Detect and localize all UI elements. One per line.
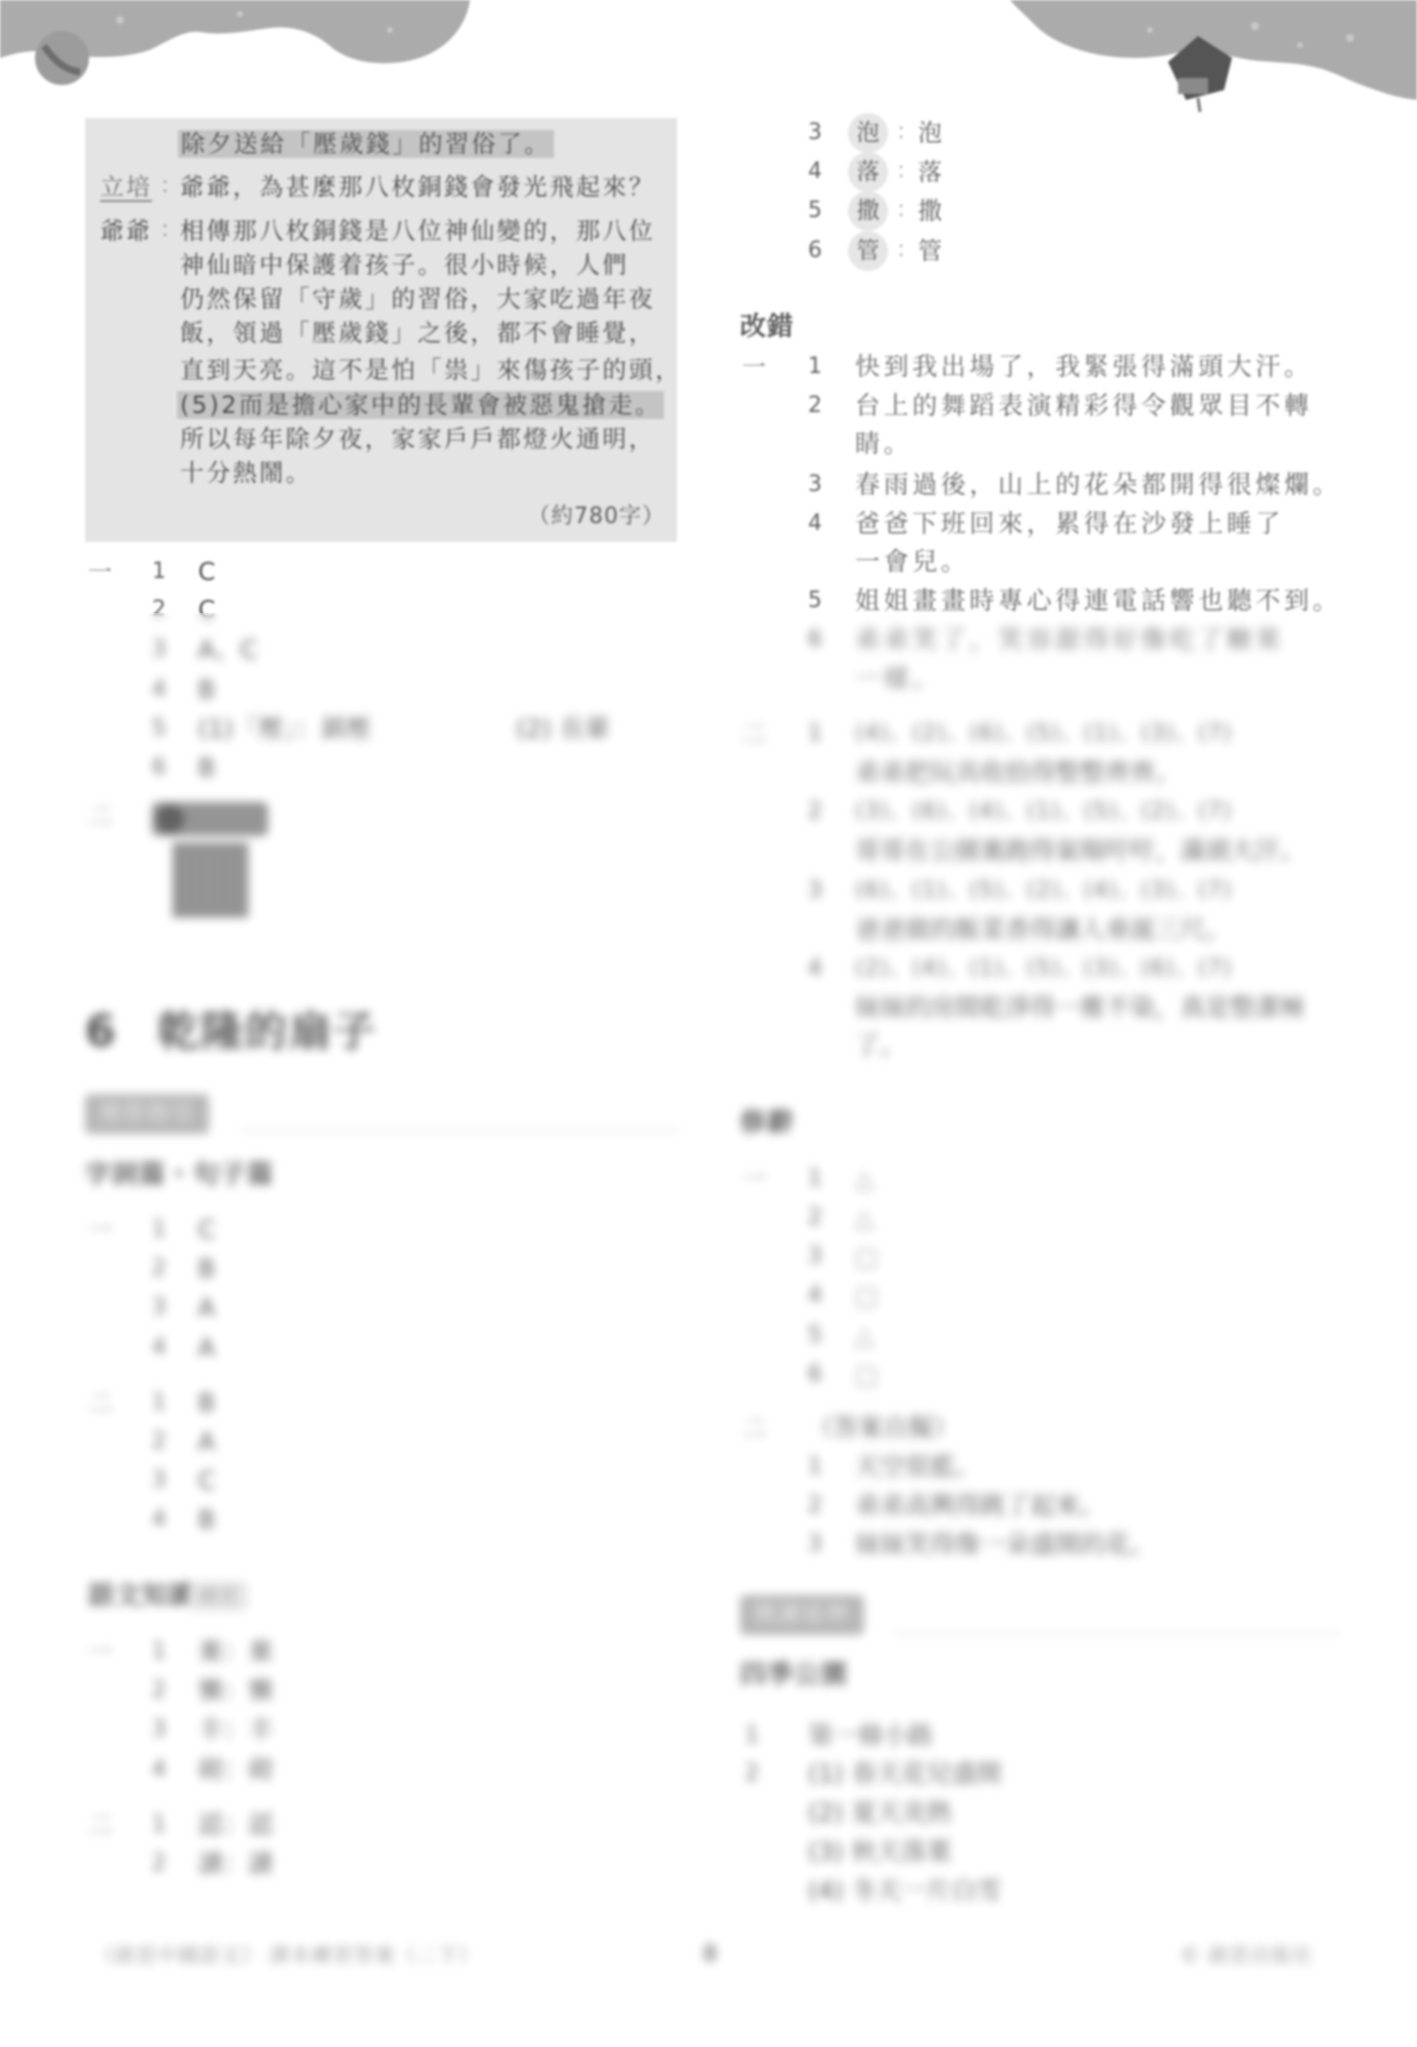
sentence-line: 台上的舞蹈表演精彩得令觀眾目不轉 <box>855 389 1313 423</box>
question-number: 4 <box>808 155 822 189</box>
answer-character: 落 <box>918 155 942 189</box>
passage-line: 飯，領過「壓歲錢」之後，都不會睡覺， <box>180 316 655 350</box>
answer-row: 4 落 ： 落 <box>0 155 1417 189</box>
ball-icon <box>35 31 89 85</box>
sentence-line: 快到我出場了，我緊張得滿頭大汗。 <box>855 350 1313 384</box>
circled-character: 撒 <box>848 191 888 231</box>
answer-row: 5 撒 ： 撒 <box>0 194 1417 228</box>
answer-character: 管 <box>918 234 942 268</box>
colon: ： <box>896 194 918 228</box>
sentence-line: 爸爸下班回來，累得在沙發上睡了 <box>855 507 1284 541</box>
question-number: 5 <box>808 194 822 228</box>
colon: ： <box>896 116 918 150</box>
sentence-line: 睛。 <box>855 427 912 461</box>
sentence-line: 春雨過後，山上的花朵都開得很燦爛。 <box>855 468 1341 502</box>
circled-character: 泡 <box>848 113 888 153</box>
answer-row: 6 管 ： 管 <box>0 234 1417 268</box>
question-number: 2 <box>808 389 822 423</box>
question-number: 3 <box>808 116 822 150</box>
colon: ： <box>896 234 918 268</box>
group-label: 一 <box>742 350 766 384</box>
answer-row: 3 泡 ： 泡 <box>0 116 1417 150</box>
answer-row: 一 1 快到我出場了，我緊張得滿頭大汗。 <box>0 350 1417 384</box>
answer-character: 撒 <box>918 194 942 228</box>
sentence-line: 一會兒。 <box>855 545 969 579</box>
answer-row-continued: 一會兒。 <box>0 545 1417 579</box>
correction-heading: 改錯 <box>740 307 794 347</box>
answer-row-continued: 睛。 <box>0 427 1417 461</box>
question-number: 6 <box>808 234 822 268</box>
question-number: 3 <box>808 468 822 502</box>
question-number: 1 <box>808 350 822 384</box>
answer-row: 3 春雨過後，山上的花朵都開得很燦爛。 <box>0 468 1417 502</box>
answer-row: 2 台上的舞蹈表演精彩得令觀眾目不轉 <box>0 389 1417 423</box>
circled-character: 管 <box>848 231 888 271</box>
blur-overlay <box>0 613 1417 2047</box>
circled-character: 落 <box>848 152 888 192</box>
passage-line: 仍然保留「守歲」的習俗，大家吃過年夜 <box>180 282 655 316</box>
answer-character: 泡 <box>918 116 942 150</box>
answer-row: 4 爸爸下班回來，累得在沙發上睡了 <box>0 507 1417 541</box>
colon: ： <box>896 155 918 189</box>
question-number: 4 <box>808 507 822 541</box>
